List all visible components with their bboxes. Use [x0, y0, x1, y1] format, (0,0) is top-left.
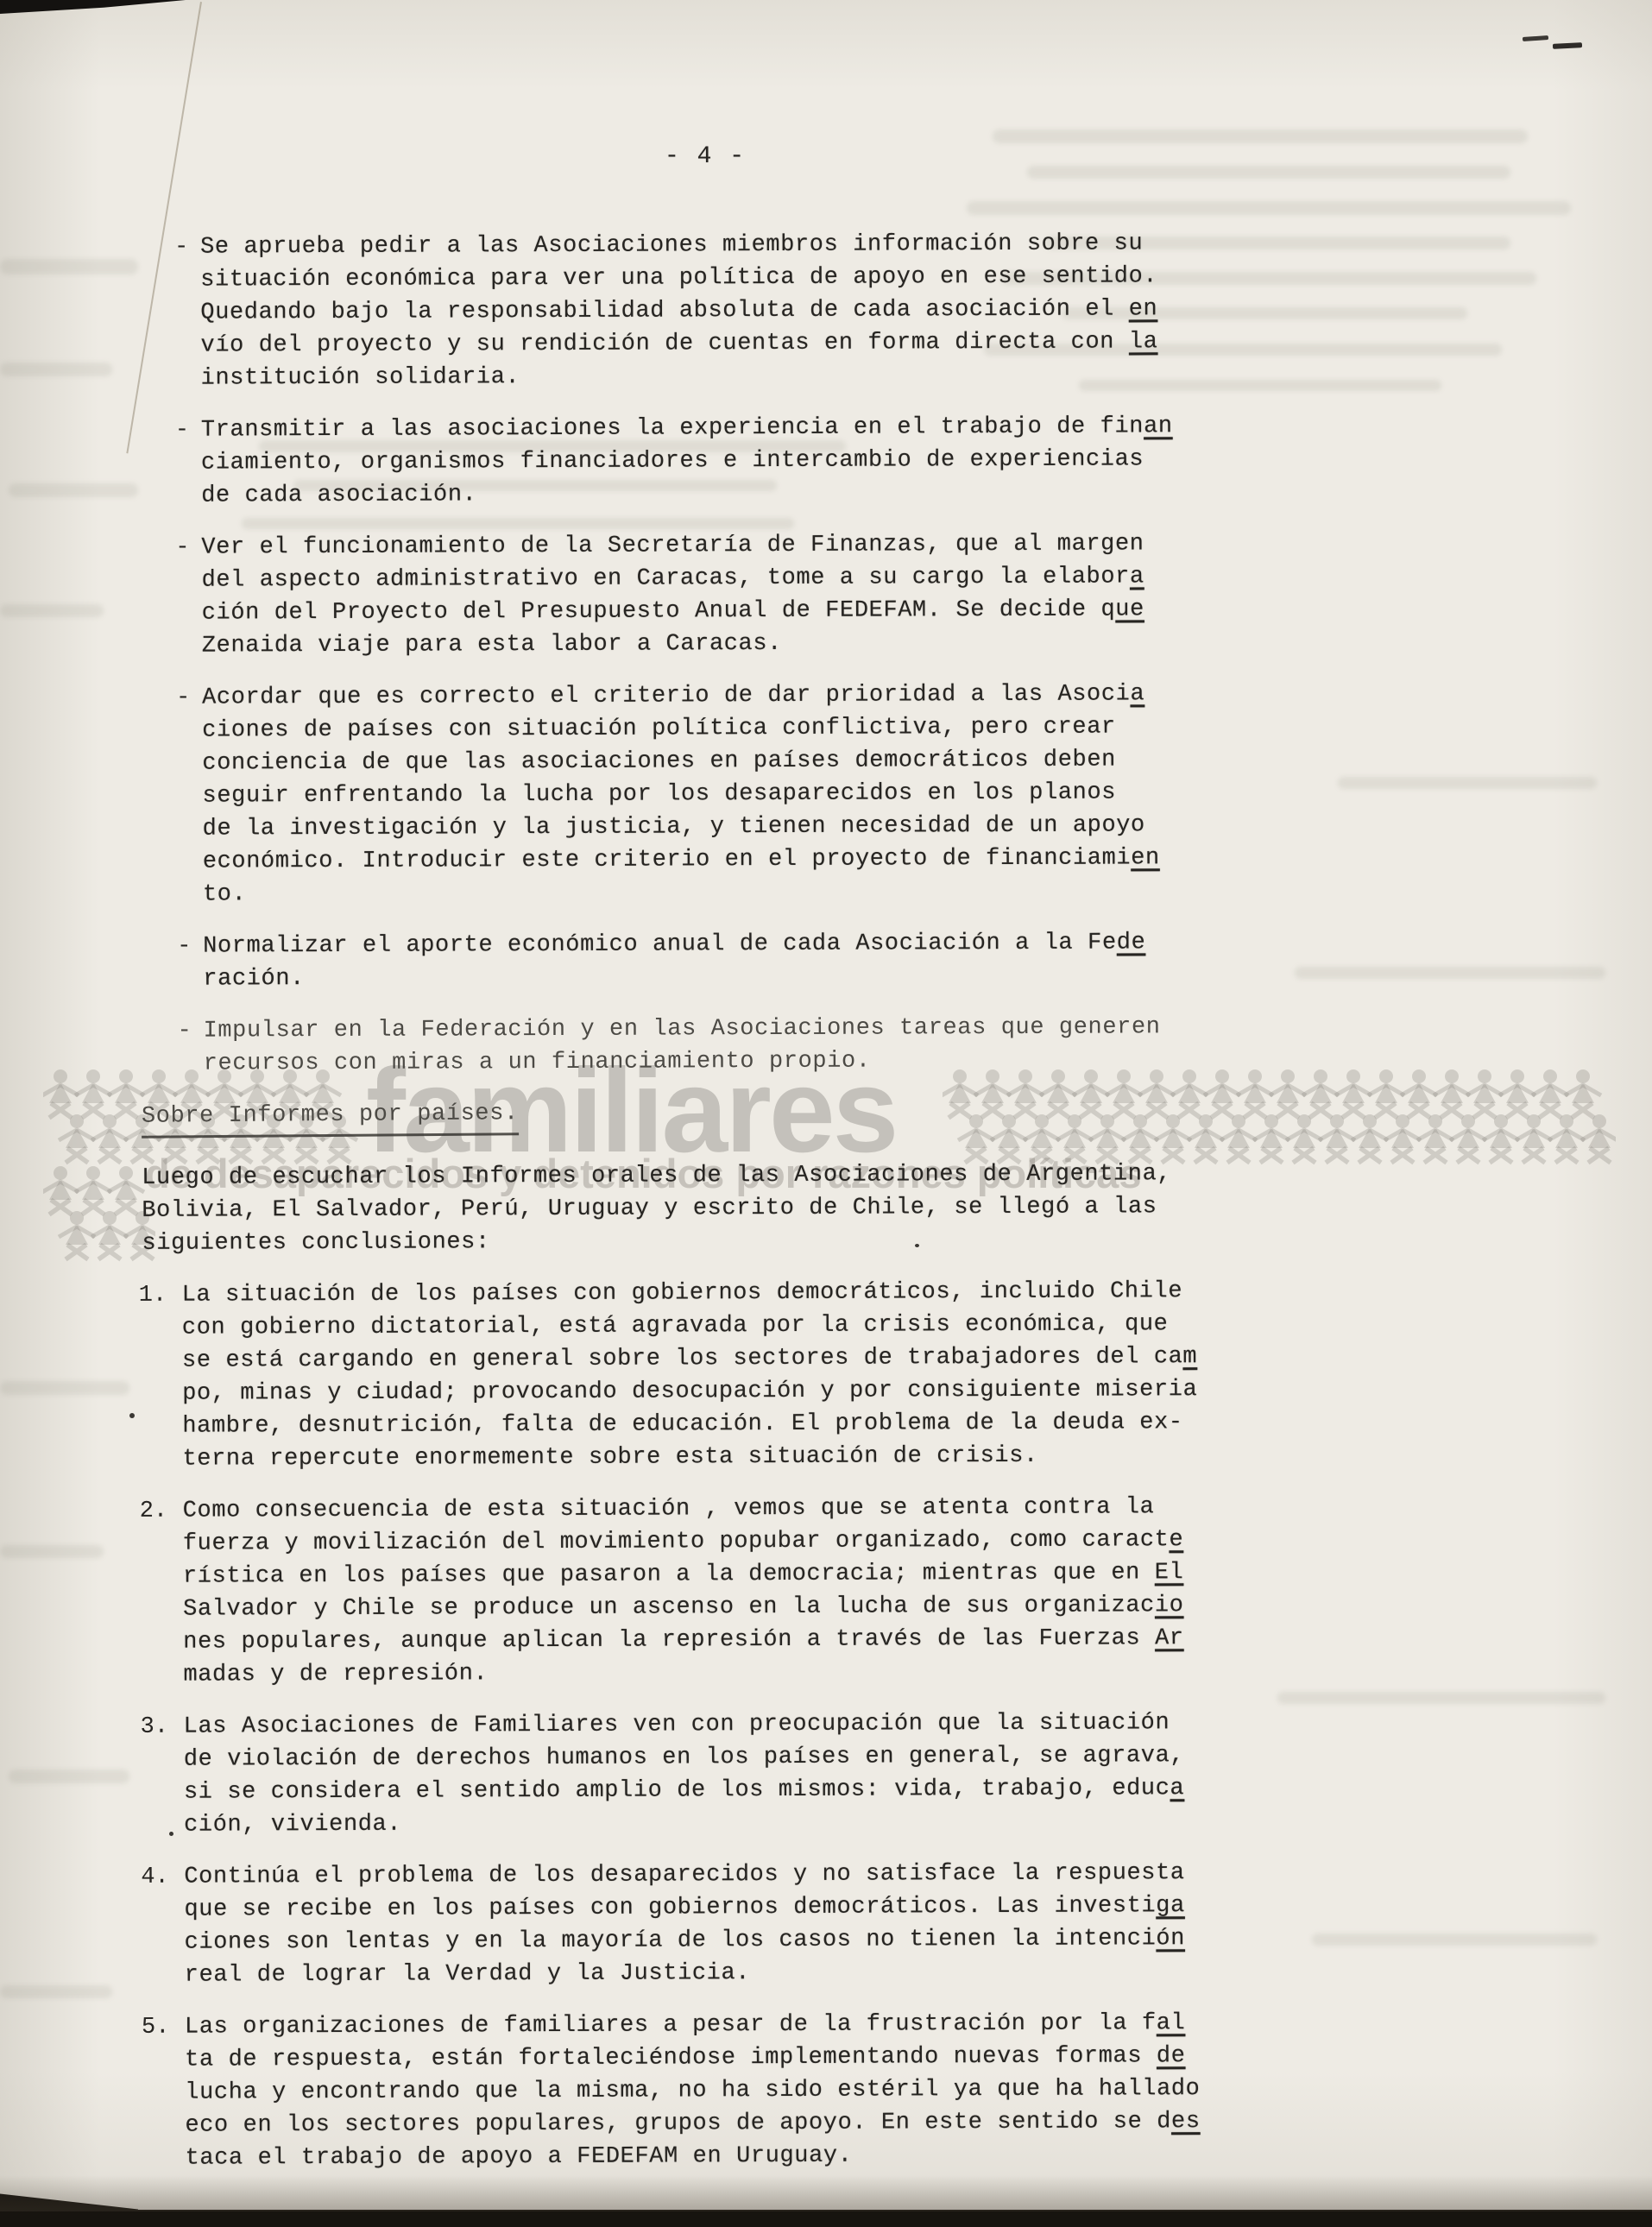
- bullet-item: -Ver el funcionamiento de la Secretaría …: [1, 526, 1652, 663]
- text-line: Transmitir a las asociaciones la experie…: [201, 408, 1652, 446]
- underlined-syllable: en: [1131, 845, 1160, 871]
- text-line: Impulsar en la Federación y en las Asoci…: [203, 1009, 1652, 1047]
- bullet-dash: -: [177, 1015, 191, 1048]
- underlined-syllable: la: [1129, 329, 1158, 355]
- text-line: hambre, desnutrición, falta de educación…: [182, 1404, 1652, 1443]
- underlined-syllable: a: [1130, 681, 1144, 707]
- bullet-dash: -: [175, 532, 189, 565]
- ink-speck: [915, 1244, 919, 1247]
- underlined-syllable: a: [1170, 1776, 1184, 1801]
- bullet-item: -Transmitir a las asociaciones la experi…: [1, 408, 1652, 513]
- bullet-item: -Se aprueba pedir a las Asociaciones mie…: [0, 225, 1652, 395]
- numbered-item: 4.Continúa el problema de los desapareci…: [6, 1855, 1652, 1992]
- text-line: Quedando bajo la responsabilidad absolut…: [200, 291, 1652, 329]
- text-line: eco en los sectores populares, grupos de…: [185, 2104, 1652, 2142]
- underlined-syllable: El: [1155, 1560, 1184, 1586]
- text-line: se está cargando en general sobre los se…: [182, 1339, 1652, 1378]
- scan-mark-top-right: [1523, 35, 1548, 41]
- underlined-syllable: io: [1155, 1593, 1184, 1618]
- bullet-item: -Impulsar en la Federación y en las Asoc…: [3, 1009, 1652, 1081]
- item-number: 3.: [141, 1711, 169, 1744]
- bleedthrough-smudge: [1027, 166, 1510, 179]
- text-line: Como consecuencia de esta situación , ve…: [183, 1489, 1652, 1528]
- text-line: Sobre Informes por países.: [142, 1097, 519, 1139]
- text-line: terna repercute enormemente sobre esta s…: [182, 1437, 1652, 1476]
- text-line: recursos con miras a un financiamiento p…: [204, 1042, 1652, 1080]
- text-line: vío del proyecto y su rendición de cuent…: [200, 324, 1652, 362]
- text-line: ción del Proyecto del Presupuesto Anual …: [202, 591, 1652, 629]
- text-line: Salvador y Chile se produce un ascenso e…: [183, 1587, 1652, 1626]
- text-line: po, minas y ciudad; provocando desocupac…: [182, 1372, 1652, 1410]
- scanned-document-page: { "page": { "number_label": "- 4 -" }, "…: [0, 0, 1652, 2227]
- underlined-syllable: an: [1144, 413, 1173, 439]
- item-number: 5.: [142, 2011, 170, 2044]
- text-line: con gobierno dictatorial, está agravada …: [182, 1306, 1652, 1345]
- text-line: Se aprueba pedir a las Asociaciones miem…: [200, 225, 1652, 263]
- scan-bottom-shadow: [0, 2175, 1652, 2211]
- underlined-syllable: de: [1157, 2043, 1186, 2069]
- typed-text-body: -Se aprueba pedir a las Asociaciones mie…: [0, 225, 1652, 2194]
- text-line: Las organizaciones de familiares a pesar…: [185, 2005, 1652, 2044]
- bullet-item: -Normalizar el aporte económico anual de…: [3, 924, 1652, 996]
- underlined-syllable: es: [1171, 2109, 1201, 2135]
- text-line: Acordar que es correcto el criterio de d…: [202, 676, 1652, 714]
- scan-mark-top-right-2: [1553, 42, 1582, 49]
- text-line: fuerza y movilización del movimiento pop…: [183, 1522, 1652, 1561]
- text-line: que se recibe en los países con gobierno…: [184, 1888, 1652, 1927]
- numbered-item: 2.Como consecuencia de esta situación , …: [5, 1489, 1652, 1692]
- text-line: Las Asociaciones de Familiares ven con p…: [184, 1705, 1652, 1744]
- underlined-syllable: en: [1129, 296, 1158, 322]
- scan-corner-mark-top-left: [0, 0, 186, 14]
- text-line: siguientes conclusiones:: [142, 1221, 1652, 1260]
- numbered-item: 3.Las Asociaciones de Familiares ven con…: [6, 1705, 1652, 1842]
- text-line: de la investigación y la justicia, y tie…: [203, 807, 1652, 845]
- text-line: situación económica para ver una polític…: [200, 258, 1652, 296]
- underlined-syllable: ga: [1156, 1893, 1185, 1919]
- text-line: de cada asociación.: [201, 474, 1652, 512]
- section-heading: Sobre Informes por países.: [3, 1094, 1652, 1138]
- text-line: ración.: [203, 957, 1652, 995]
- text-line: ciones son lentas y en la mayoría de los…: [185, 1921, 1652, 1959]
- text-line: conciencia de que las asociaciones en pa…: [202, 741, 1652, 779]
- text-line: del aspecto administrativo en Caracas, t…: [201, 558, 1652, 596]
- numbered-item: 5.Las organizaciones de familiares a pes…: [7, 2005, 1652, 2175]
- text-line: Ver el funcionamiento de la Secretaría d…: [201, 526, 1652, 564]
- text-line: madas y de represión.: [183, 1653, 1652, 1692]
- underlined-syllable: Ar: [1155, 1625, 1184, 1651]
- underlined-syllable: m: [1182, 1344, 1197, 1370]
- bleedthrough-smudge: [993, 129, 1528, 143]
- bullet-dash: -: [177, 931, 191, 963]
- text-line: La situación de los países con gobiernos…: [182, 1273, 1652, 1312]
- bullet-item: -Acordar que es correcto el criterio de …: [2, 676, 1652, 912]
- text-line: Normalizar el aporte económico anual de …: [203, 924, 1652, 962]
- underlined-syllable: de: [1117, 930, 1146, 956]
- text-line: real de lograr la Verdad y la Justicia.: [185, 1953, 1652, 1992]
- numbered-item: 1.La situación de los países con gobiern…: [4, 1273, 1652, 1476]
- ink-speck: [169, 1832, 173, 1836]
- text-line: Zenaida viaje para esta labor a Caracas.: [202, 624, 1652, 662]
- paragraph: Luego de escuchar los Informes orales de…: [3, 1156, 1652, 1260]
- text-line: institución solidaria.: [201, 356, 1652, 394]
- text-line: de violación de derechos humanos en los …: [184, 1738, 1652, 1776]
- item-number: 4.: [141, 1861, 169, 1894]
- item-number: 1.: [139, 1279, 167, 1312]
- text-line: seguir enfrentando la lucha por los desa…: [202, 774, 1652, 812]
- text-line: taca el trabajo de apoyo a FEDEFAM en Ur…: [186, 2136, 1652, 2175]
- text-line: ciamiento, organismos financiadores e in…: [201, 441, 1652, 479]
- page-number: - 4 -: [665, 143, 746, 170]
- text-line: si se considera el sentido amplio de los…: [184, 1770, 1652, 1809]
- text-line: to.: [203, 873, 1652, 911]
- text-line: rística en los países que pasaron a la d…: [183, 1555, 1652, 1593]
- underlined-syllable: e: [1169, 1527, 1183, 1553]
- text-line: económico. Introducir este criterio en e…: [203, 840, 1652, 878]
- underlined-syllable: a: [1130, 564, 1144, 590]
- scan-bottom-edge-band: [0, 2210, 1652, 2227]
- bullet-dash: -: [176, 682, 190, 715]
- bleedthrough-smudge: [967, 201, 1571, 215]
- item-number: 2.: [140, 1495, 168, 1528]
- bullet-dash: -: [175, 414, 189, 447]
- text-line: lucha y encontrando que la misma, no ha …: [185, 2071, 1652, 2110]
- text-line: Continúa el problema de los desaparecido…: [184, 1855, 1652, 1894]
- underlined-syllable: al: [1157, 2010, 1186, 2036]
- text-line: ciones de países con situación política …: [202, 709, 1652, 747]
- underlined-syllable: ón: [1156, 1926, 1185, 1952]
- text-line: ción, vivienda.: [184, 1803, 1652, 1842]
- underlined-syllable: ue: [1115, 596, 1144, 622]
- bullet-dash: -: [174, 231, 188, 264]
- text-line: ta de respuesta, están fortaleciéndose i…: [185, 2038, 1652, 2077]
- text-line: nes populares, aunque aplican la represi…: [183, 1620, 1652, 1659]
- ink-speck: [129, 1413, 135, 1418]
